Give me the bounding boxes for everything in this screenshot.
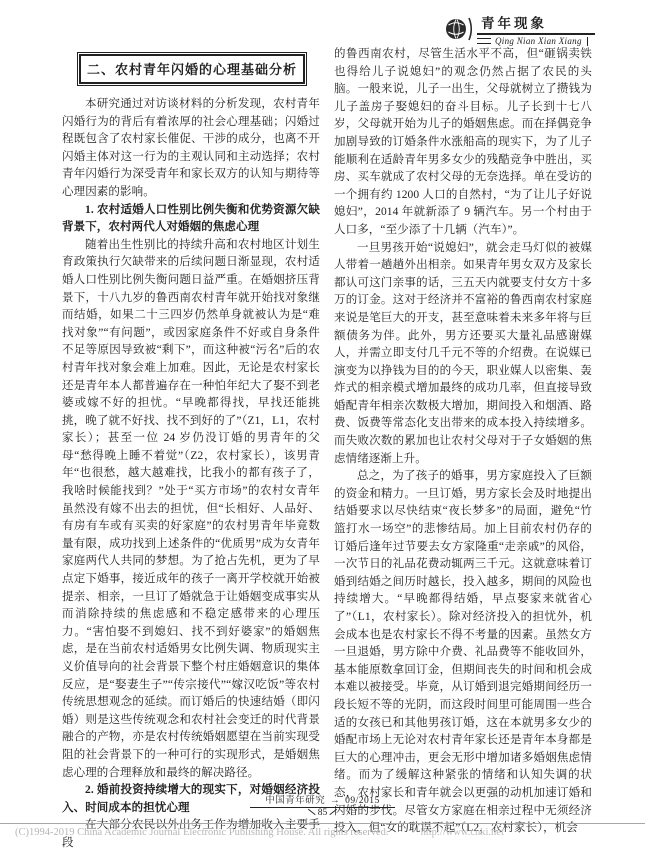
right-column-text: 的鲁西南农村，尽管生活水平不高，但“砸锅卖铁也得给儿子说媳妇”的观念仍然占据了农… — [334, 46, 592, 838]
page-number-badge: 85 — [0, 808, 645, 819]
page-number: 85 — [318, 808, 328, 819]
journal-page: 青年现象 Qing Nian Xian Xiang 二、农村青年闪婚的心理基础分… — [0, 0, 645, 852]
left-column-text: 本研究通过对访谈材料的分析发现，农村青年闪婚行为的背后有着浓厚的社会心理基础；闪… — [62, 96, 320, 852]
subsection-heading: 1. 农村适婚人口性别比例失衡和优势资源欠缺背景下，农村两代人对婚姻的焦虑心理 — [62, 202, 320, 237]
badge-left-slash — [308, 809, 316, 815]
left-column: 二、农村青年闪婚的心理基础分析 本研究通过对访谈材料的分析发现，农村青年闪婚行为… — [62, 46, 320, 852]
corner-bracket-ornament — [587, 37, 589, 46]
body-paragraph: 的鲁西南农村，尽管生活水平不高，但“砸锅卖铁也得给儿子说媳妇”的观念仍然占据了农… — [334, 46, 592, 240]
masthead-pinyin-row: Qing Nian Xian Xiang — [477, 36, 595, 46]
journal-header: 青年现象 Qing Nian Xian Xiang — [0, 0, 645, 44]
page-footer: 中国青年研究 → 09/2015 85 — [0, 790, 645, 819]
body-paragraph: 总之，为了孩子的婚事，男方家庭投入了巨额的资金和精力。一旦订婚，男方家长会及时地… — [334, 468, 592, 837]
arrow-glyph: → — [330, 796, 340, 806]
masthead-text: 青年现象 Qing Nian Xian Xiang — [477, 12, 595, 46]
copyright-text: (C)1994-2019 China Academic Journal Elec… — [15, 827, 389, 852]
column-masthead: 青年现象 Qing Nian Xian Xiang — [445, 12, 595, 44]
issue-number: 09/2015 — [345, 796, 380, 806]
badge-right-slash — [330, 809, 338, 815]
column-title-pinyin: Qing Nian Xian Xiang — [495, 36, 582, 46]
journal-issue-line: 中国青年研究 → 09/2015 — [250, 792, 394, 808]
journal-name: 中国青年研究 — [265, 796, 325, 806]
body-paragraph: 一旦男孩开始“说媳妇”，就会走马灯似的被媒人带着一趟趟外出相亲。如果青年男女双方… — [334, 240, 592, 469]
body-paragraph: 本研究通过对访谈材料的分析发现，农村青年闪婚行为的背后有着浓厚的社会心理基础；闪… — [62, 96, 320, 202]
double-line-ornament — [477, 38, 491, 44]
section-title: 二、农村青年闪婚的心理基础分析 — [79, 54, 305, 84]
article-body: 二、农村青年闪婚的心理基础分析 本研究通过对访谈材料的分析发现，农村青年闪婚行为… — [0, 44, 645, 852]
copyright-bar: (C)1994-2019 China Academic Journal Elec… — [0, 823, 645, 852]
column-title-cn: 青年现象 — [477, 12, 595, 35]
journal-logo-icon — [445, 13, 475, 45]
cnki-url[interactable]: http://www.cnki.net — [421, 827, 504, 852]
right-column: 的鲁西南农村，尽管生活水平不高，但“砸锅卖铁也得给儿子说媳妇”的观念仍然占据了农… — [334, 46, 592, 852]
body-paragraph: 随着出生性别比的持续升高和农村地区计划生育政策执行欠缺带来的后续问题日渐显现，农… — [62, 237, 320, 782]
section-title-box: 二、农村青年闪婚的心理基础分析 — [77, 52, 307, 86]
